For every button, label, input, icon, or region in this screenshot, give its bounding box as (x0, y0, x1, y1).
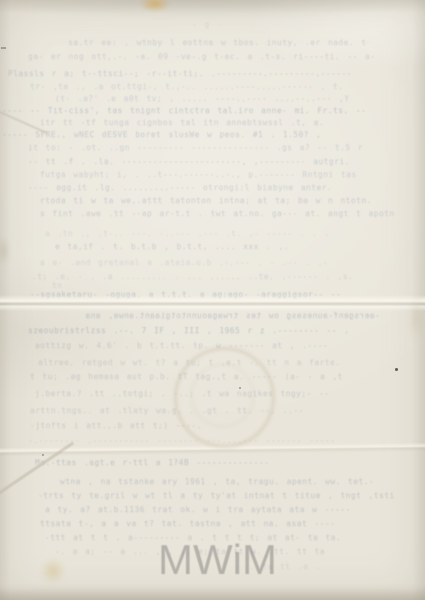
text-line: -- tt .f . .la. -----------------------,… (28, 157, 416, 167)
stain-top-center (140, 0, 170, 12)
text-line: rtoda ti w ta we,.attt tatonton intna; a… (40, 196, 390, 206)
text-line: s fint .awe .tt --ap ar-t.t . twt at.no.… (40, 209, 395, 219)
ink-speck (1, 47, 6, 49)
text-line: ---- -- Tit-ciss', tas tnignt cintctra t… (2, 106, 422, 116)
text-line: wtna , na tstanke ary 1961 , ta, tragu. … (60, 477, 408, 487)
text-line: .t; .e. - . .a ......... . ... ...... ..… (32, 272, 397, 282)
text-line: tr- ,ta ., .a ot.ttgi-, t.,-.. ......---… (30, 82, 385, 92)
round-stamp-inner-ring (191, 364, 254, 427)
text-line: -aersgenf-aunesasg ow tes trwagaounntotg… (45, 311, 380, 321)
text-line: ----- SFRE., wNEC dESVE boret slusWe w p… (2, 130, 406, 140)
text-line: ---- agg.it .lg. .........----- otrongi:… (28, 183, 408, 193)
fold-crease-horizontal (0, 295, 425, 311)
ink-speck (395, 368, 398, 371)
ink-speck (42, 454, 44, 456)
text-line: - g - (192, 20, 226, 30)
text-line: e ta,if . t. b.t.b , b.t.t, .... xxx . ,… (55, 242, 365, 252)
text-line: -trts ty te.gril w wt tl a ty ty'at intn… (38, 491, 423, 501)
text-line: Mn.-ttas .agt.e r-ttl a 1?4B -----------… (35, 458, 375, 468)
stain-bottom-left (40, 558, 66, 584)
document-page: - g -sa.tr ee: , wtnby l eottna w tbos. … (0, 0, 425, 600)
stain-right-edge (408, 295, 424, 341)
text-line: futga wabyht; i, . ..t---.------..-., p.… (40, 170, 390, 180)
text-line: a e- .and gretanal a .ateia.u.b .-.--- .… (40, 258, 380, 268)
text-line: it to: - .ot. ..gn --------- -----------… (28, 143, 413, 153)
ink-speck (239, 387, 241, 389)
text-line: itr tt -tf tunga cignbos tal itn annebts… (40, 118, 370, 128)
text-line: szeoubristrlzss .--. 7 IF , III , 1965 r… (28, 326, 412, 336)
round-stamp-ghost (174, 347, 275, 448)
text-line: ttsata t-, a a va t? tat. tastna , att n… (40, 519, 400, 529)
text-line: sa.tr ee: , wtnby l eottna w tbos. inuty… (68, 38, 368, 48)
text-line: a .tn ., .t-.. ---. -..--- .--- .t. ,- -… (45, 229, 375, 239)
text-line: a ty. a? at.b.1136 trat ok. w i tra ayta… (45, 505, 403, 515)
archive-watermark: MWiM (158, 536, 278, 584)
text-line: (t- .a?' .e a0t tv; , ..... ----..---- .… (55, 94, 355, 104)
stain-left-edge (0, 236, 10, 266)
text-line: Plassls r a; t--ttsci--; -r--it-ti;. .--… (8, 69, 420, 79)
paper-bottom-edge-shadow (0, 588, 425, 600)
text-line: ga- er nog ott,.-. -a. 09 -ve-.g t-ec. a… (28, 52, 418, 62)
